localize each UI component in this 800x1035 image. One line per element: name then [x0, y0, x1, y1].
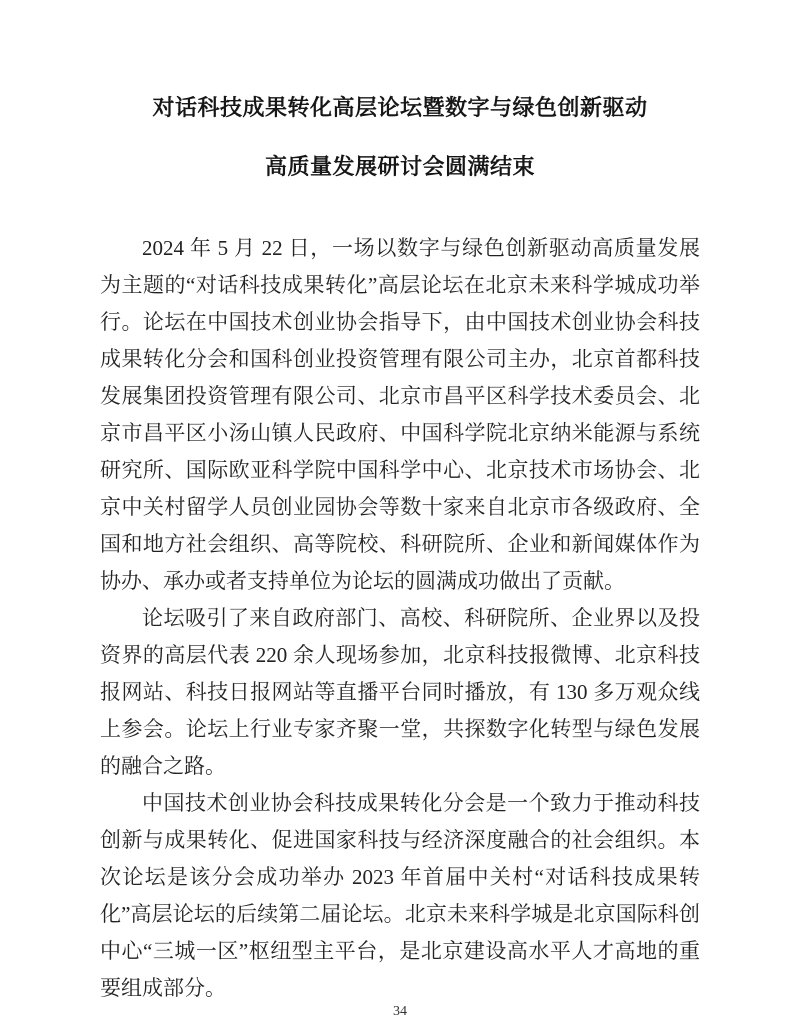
document-page: 对话科技成果转化高层论坛暨数字与绿色创新驱动 高质量发展研讨会圆满结束 2024…: [0, 0, 800, 1035]
title-line-1: 对话科技成果转化高层论坛暨数字与绿色创新驱动: [0, 78, 800, 137]
paragraph-2: 论坛吸引了来自政府部门、高校、科研院所、企业界以及投资界的高层代表 220 余人…: [100, 600, 700, 785]
document-body: 2024 年 5 月 22 日，一场以数字与绿色创新驱动高质量发展为主题的“对话…: [100, 230, 700, 1007]
page-number: 34: [0, 1004, 800, 1020]
paragraph-3: 中国技术创业协会科技成果转化分会是一个致力于推动科技创新与成果转化、促进国家科技…: [100, 785, 700, 1007]
paragraph-1: 2024 年 5 月 22 日，一场以数字与绿色创新驱动高质量发展为主题的“对话…: [100, 230, 700, 600]
document-title: 对话科技成果转化高层论坛暨数字与绿色创新驱动 高质量发展研讨会圆满结束: [0, 78, 800, 196]
title-line-2: 高质量发展研讨会圆满结束: [0, 137, 800, 196]
